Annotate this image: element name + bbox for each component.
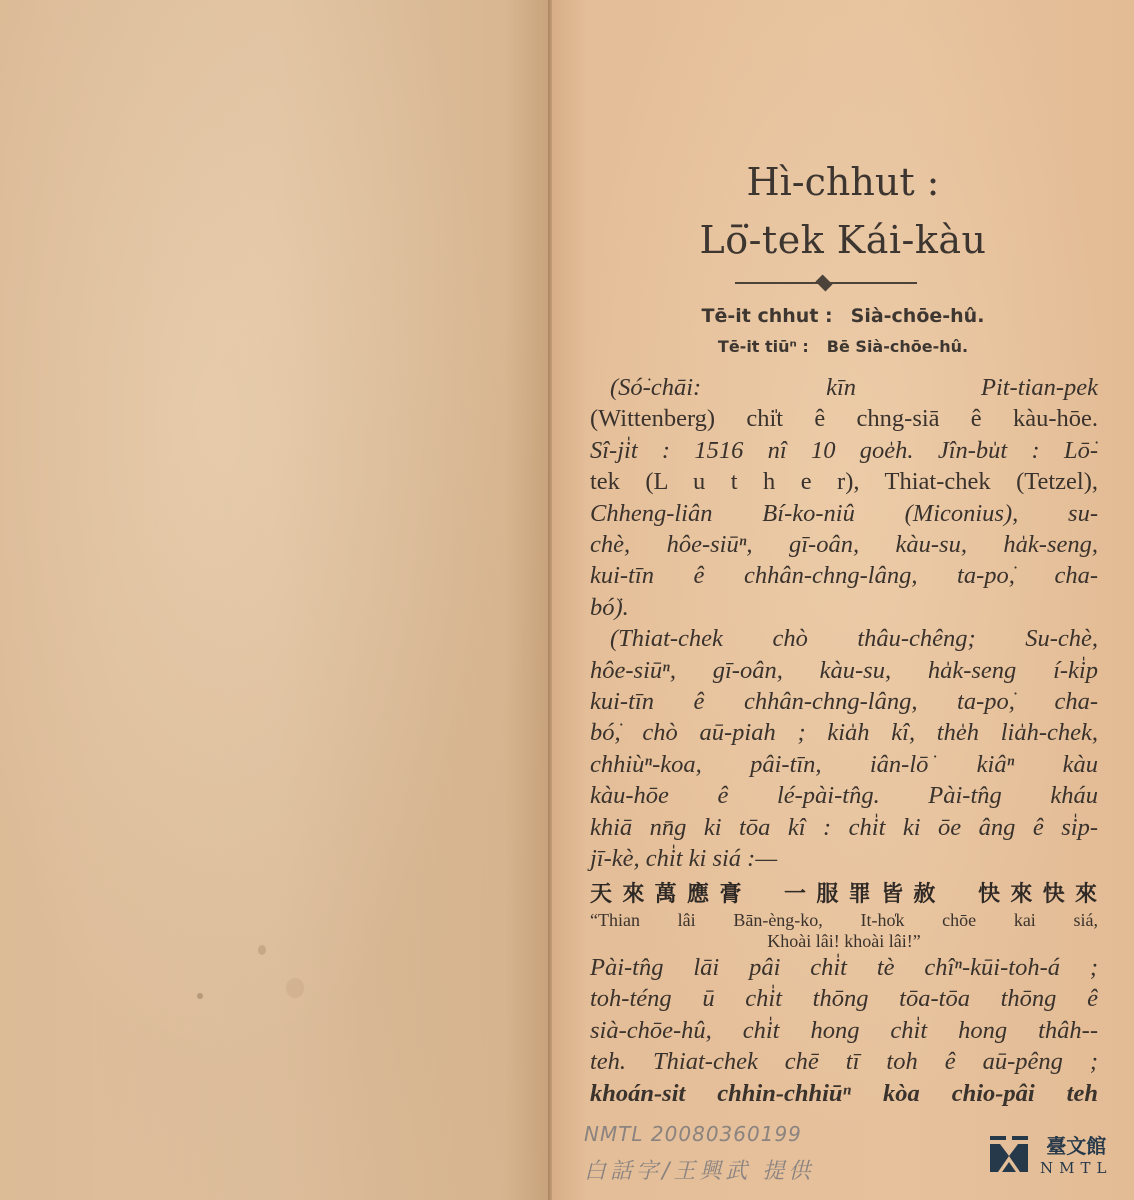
text-line: kui-tīn ê chhân-chng-lâng, ta-po͘, cha-	[590, 560, 1098, 591]
nmtl-logo: 臺文館 NMTL	[988, 1130, 1112, 1177]
scene-label: Tē-it tiūⁿ :	[718, 337, 809, 356]
text-line: khoán-sit chhin-chhiūⁿ kòa chio-pâi teh	[590, 1078, 1098, 1109]
text-line: khiā nn̄g ki tōa kî : chi̍t ki ōe âng ê …	[590, 812, 1098, 843]
verse-romanization: “Thian lâi Bān-èng-ko, It-ho̍k chōe kai …	[590, 910, 1098, 931]
text-line: bó͘).	[590, 592, 1098, 623]
text-line: chhiùⁿ-koa, pâi-tīn, iân-lō͘ kiâⁿ kàu	[590, 749, 1098, 780]
text-line: Chheng-liân Bí-ko-niû (Miconius), su-	[590, 498, 1098, 529]
text-line: (Thiat-chek chò thâu-chêng; Su-chè,	[590, 623, 1098, 654]
scene-title: Bē Sià-chōe-hû.	[827, 337, 968, 356]
text-line: (Só͘-chāi: kīn Pit-tian-pek	[590, 372, 1098, 403]
text-line: jī-kè, chi̍t ki siá :—	[590, 843, 1098, 874]
chinese-verse: 天來萬應膏 一服罪皆赦 快來快來	[590, 879, 1098, 910]
title-divider-ornament	[735, 282, 917, 284]
page-body: (Só͘-chāi: kīn Pit-tian-pek (Wittenberg)…	[590, 372, 1098, 1109]
scene-heading: Tē-it tiūⁿ :Bē Sià-chōe-hû.	[552, 337, 1134, 356]
paper-stain	[286, 978, 304, 998]
pencil-catalog-number: NMTL 20080360199	[584, 1122, 802, 1146]
right-page: Hì-chhut : Lō͘-tek Kái-kàu Tē-it chhut :…	[552, 0, 1134, 1200]
text-line: Pài-tn̂g lāi pâi chi̍t tè chîⁿ-kūi-toh-á…	[590, 952, 1098, 983]
paper-stain	[258, 945, 266, 955]
text-line: sià-chōe-hû, chi̍t hong chi̍t hong thâh-…	[590, 1015, 1098, 1046]
text-line: kui-tīn ê chhân-chng-lâng, ta-po͘, cha-	[590, 686, 1098, 717]
logo-english-text: NMTL	[1040, 1159, 1112, 1177]
chapter-title: Lō͘-tek Kái-kàu	[552, 218, 1134, 262]
text-line: bó͘, chò aū-piah ; kia̍h kî, the̍h lia̍h…	[590, 717, 1098, 748]
text-line: hôe-siūⁿ, gī-oân, kàu-su, ha̍k-seng í-ki…	[590, 655, 1098, 686]
nmtl-logo-icon	[988, 1134, 1030, 1174]
text-line: teh. Thiat-chek chē tī toh ê aū-pêng ;	[590, 1046, 1098, 1077]
text-line: (Wittenberg) chi̍t ê chng-siā ê kàu-hōe.	[590, 403, 1098, 434]
verse-romanization: Khoài lâi! khoài lâi!”	[590, 931, 1098, 952]
text-line: chè, hôe-siūⁿ, gī-oân, kàu-su, ha̍k-seng…	[590, 529, 1098, 560]
logo-chinese-text: 臺文館	[1046, 1130, 1106, 1159]
text-line: Sî-ji̍t : 1516 nî 10 goe̍h. Jîn-bu̍t : L…	[590, 435, 1098, 466]
paper-stain	[197, 993, 203, 999]
act-title: Sià-chōe-hû.	[851, 305, 985, 327]
text-line: kàu-hōe ê lé-pài-tn̂g. Pài-tn̂g kháu	[590, 780, 1098, 811]
act-label: Tē-it chhut :	[702, 305, 833, 327]
left-page-blank	[0, 0, 548, 1200]
text-line: toh-téng ū chi̍t thōng tōa-tōa thōng ê	[590, 983, 1098, 1014]
text-line: tek (L u t h e r), Thiat-chek (Tetzel),	[590, 466, 1098, 497]
book-spread: Hì-chhut : Lō͘-tek Kái-kàu Tē-it chhut :…	[0, 0, 1134, 1200]
chapter-heading: Hì-chhut :	[552, 160, 1134, 204]
pencil-provenance-note: 白話字/王興武 提供	[584, 1154, 814, 1185]
act-heading: Tē-it chhut :Sià-chōe-hû.	[552, 305, 1134, 327]
